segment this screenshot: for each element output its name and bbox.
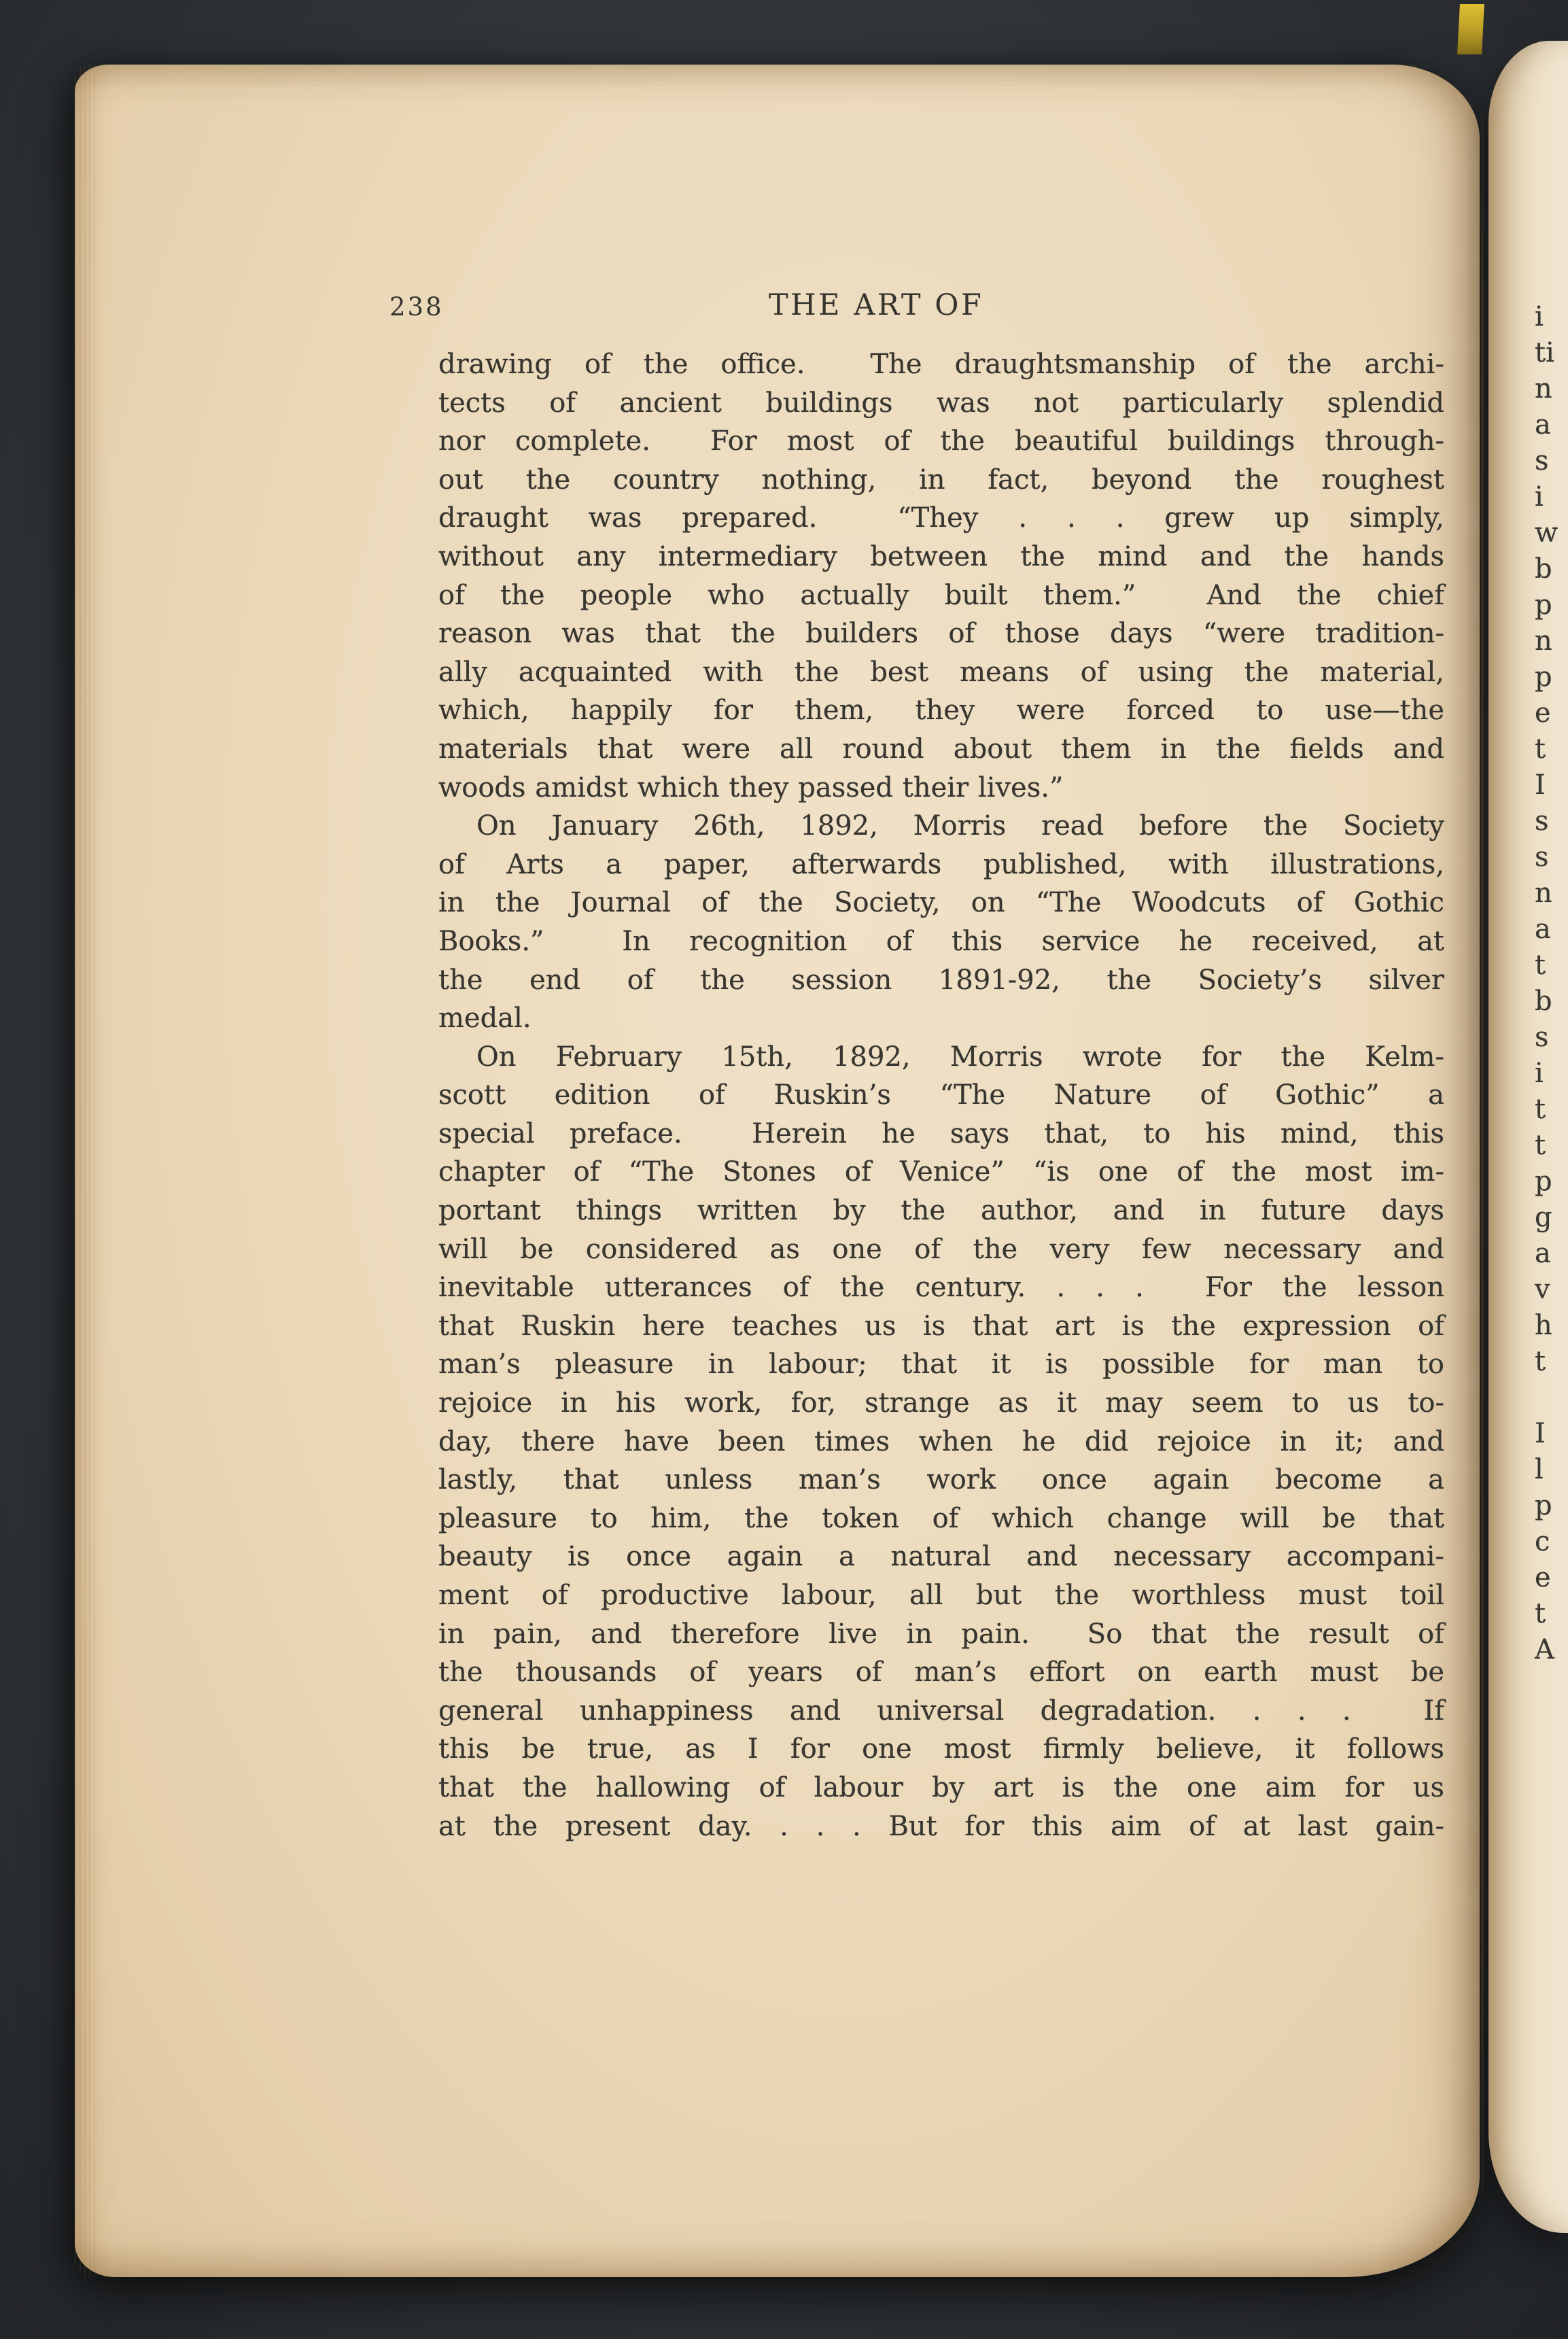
- text-line: On February 15th, 1892, Morris wrote for…: [438, 1038, 1444, 1077]
- text-line: medal.: [438, 999, 1444, 1038]
- facing-page-line-fragment: s: [1535, 839, 1568, 876]
- facing-page-line-fragment: n: [1535, 371, 1568, 407]
- text-line: without any intermediary between the min…: [438, 538, 1444, 576]
- text-line: of the people who actually built them.” …: [438, 576, 1444, 615]
- page-number: 238: [389, 292, 444, 322]
- facing-page-line-fragment: i: [1535, 1056, 1568, 1092]
- facing-page-line-fragment: l: [1535, 1452, 1568, 1488]
- facing-page-line-fragment: t: [1535, 1128, 1568, 1164]
- text-line: of Arts a paper, afterwards published, w…: [438, 846, 1444, 884]
- facing-page-line-fragment: i: [1535, 299, 1568, 335]
- text-line: in the Journal of the Society, on “The W…: [438, 884, 1444, 922]
- facing-page-line-fragment: p: [1535, 587, 1568, 623]
- text-line: this be true, as I for one most firmly b…: [438, 1730, 1444, 1769]
- text-line: ment of productive labour, all but the w…: [438, 1576, 1444, 1615]
- facing-page-line-fragment: I: [1535, 767, 1568, 803]
- facing-page-line-fragment: a: [1535, 1236, 1568, 1272]
- text-line: materials that were all round about them…: [438, 730, 1444, 769]
- facing-page-line-fragment: v: [1535, 1272, 1568, 1308]
- facing-page-line-fragment: [1535, 1380, 1568, 1416]
- text-line: that Ruskin here teaches us is that art …: [438, 1307, 1444, 1346]
- running-header-title: THE ART OF: [769, 288, 983, 322]
- text-line: drawing of the office. The draughtsmansh…: [438, 345, 1444, 384]
- facing-page-line-fragment: t: [1535, 1596, 1568, 1632]
- facing-page-line-fragment: w: [1535, 515, 1568, 551]
- text-line: inevitable utterances of the century. . …: [438, 1268, 1444, 1307]
- facing-page-line-fragment: b: [1535, 551, 1568, 587]
- book-gutter-crease: [1481, 112, 1484, 2196]
- facing-page-line-fragment: I: [1535, 1416, 1568, 1452]
- text-line: which, happily for them, they were force…: [438, 691, 1444, 730]
- facing-page-line-fragment: h: [1535, 1308, 1568, 1344]
- text-line: draught was prepared. “They . . . grew u…: [438, 499, 1444, 538]
- bookmark-gold-edge: [1457, 4, 1484, 54]
- text-line: portant things written by the author, an…: [438, 1192, 1444, 1230]
- facing-page-line-fragment: t: [1535, 948, 1568, 984]
- text-line: in pain, and therefore live in pain. So …: [438, 1615, 1444, 1654]
- text-line: ally acquainted with the best means of u…: [438, 653, 1444, 692]
- facing-page-line-fragment: p: [1535, 659, 1568, 695]
- text-line: at the present day. . . . But for this a…: [438, 1807, 1444, 1846]
- facing-page-line-fragment: c: [1535, 1524, 1568, 1560]
- text-line: pleasure to him, the token of which chan…: [438, 1500, 1444, 1538]
- book-scan-photo: { "page": { "folio": "238", "running_hea…: [0, 0, 1568, 2339]
- text-line: general unhappiness and universal degrad…: [438, 1692, 1444, 1731]
- facing-page-line-fragment: a: [1535, 912, 1568, 948]
- running-head: 238 THE ART OF: [438, 288, 1443, 329]
- facing-page-line-fragment: A: [1535, 1632, 1568, 1668]
- facing-page-line-fragment: ti: [1535, 335, 1568, 371]
- text-line: lastly, that unless man’s work once agai…: [438, 1461, 1444, 1500]
- facing-page-line-fragment: p: [1535, 1164, 1568, 1200]
- text-line: reason was that the builders of those da…: [438, 614, 1444, 653]
- facing-page-line-fragment: s: [1535, 803, 1568, 839]
- facing-page-line-fragment: t: [1535, 1344, 1568, 1380]
- facing-page-line-fragment: a: [1535, 407, 1568, 443]
- facing-page-line-fragment: b: [1535, 984, 1568, 1020]
- facing-page-line-fragment: n: [1535, 876, 1568, 912]
- facing-page-line-fragment: s: [1535, 443, 1568, 479]
- facing-page-line-fragment: i: [1535, 479, 1568, 515]
- facing-page-line-fragment: t: [1535, 1092, 1568, 1128]
- text-line: tects of ancient buildings was not parti…: [438, 384, 1444, 423]
- facing-page-line-fragment: s: [1535, 1020, 1568, 1056]
- facing-page-line-fragment: t: [1535, 731, 1568, 767]
- text-line: special preface. Herein he says that, to…: [438, 1115, 1444, 1154]
- text-line: chapter of “The Stones of Venice” “is on…: [438, 1153, 1444, 1192]
- text-line: nor complete. For most of the beautiful …: [438, 422, 1444, 461]
- page-text-block: drawing of the office. The draughtsmansh…: [438, 345, 1444, 1846]
- text-line: On January 26th, 1892, Morris read befor…: [438, 807, 1444, 846]
- text-line: out the country nothing, in fact, beyond…: [438, 461, 1444, 500]
- text-line: day, there have been times when he did r…: [438, 1423, 1444, 1461]
- text-line: woods amidst which they passed their liv…: [438, 769, 1444, 808]
- text-line: the end of the session 1891-92, the Soci…: [438, 961, 1444, 1000]
- facing-page-line-fragment: n: [1535, 623, 1568, 659]
- text-line: beauty is once again a natural and neces…: [438, 1538, 1444, 1576]
- facing-page-line-fragment: g: [1535, 1200, 1568, 1236]
- text-line: that the hallowing of labour by art is t…: [438, 1769, 1444, 1807]
- text-line: the thousands of years of man’s effort o…: [438, 1653, 1444, 1692]
- text-line: rejoice in his work, for, strange as it …: [438, 1384, 1444, 1423]
- facing-page-text-fragments: itinasiwbpnpetIssnatbsittpgavhtIlpcetA: [1535, 299, 1568, 1668]
- facing-page-line-fragment: e: [1535, 695, 1568, 731]
- text-line: will be considered as one of the very fe…: [438, 1230, 1444, 1269]
- facing-page-line-fragment: e: [1535, 1560, 1568, 1596]
- text-line: Books.” In recognition of this service h…: [438, 922, 1444, 961]
- text-line: man’s pleasure in labour; that it is pos…: [438, 1345, 1444, 1384]
- text-line: scott edition of Ruskin’s “The Nature of…: [438, 1076, 1444, 1115]
- facing-page-line-fragment: p: [1535, 1488, 1568, 1524]
